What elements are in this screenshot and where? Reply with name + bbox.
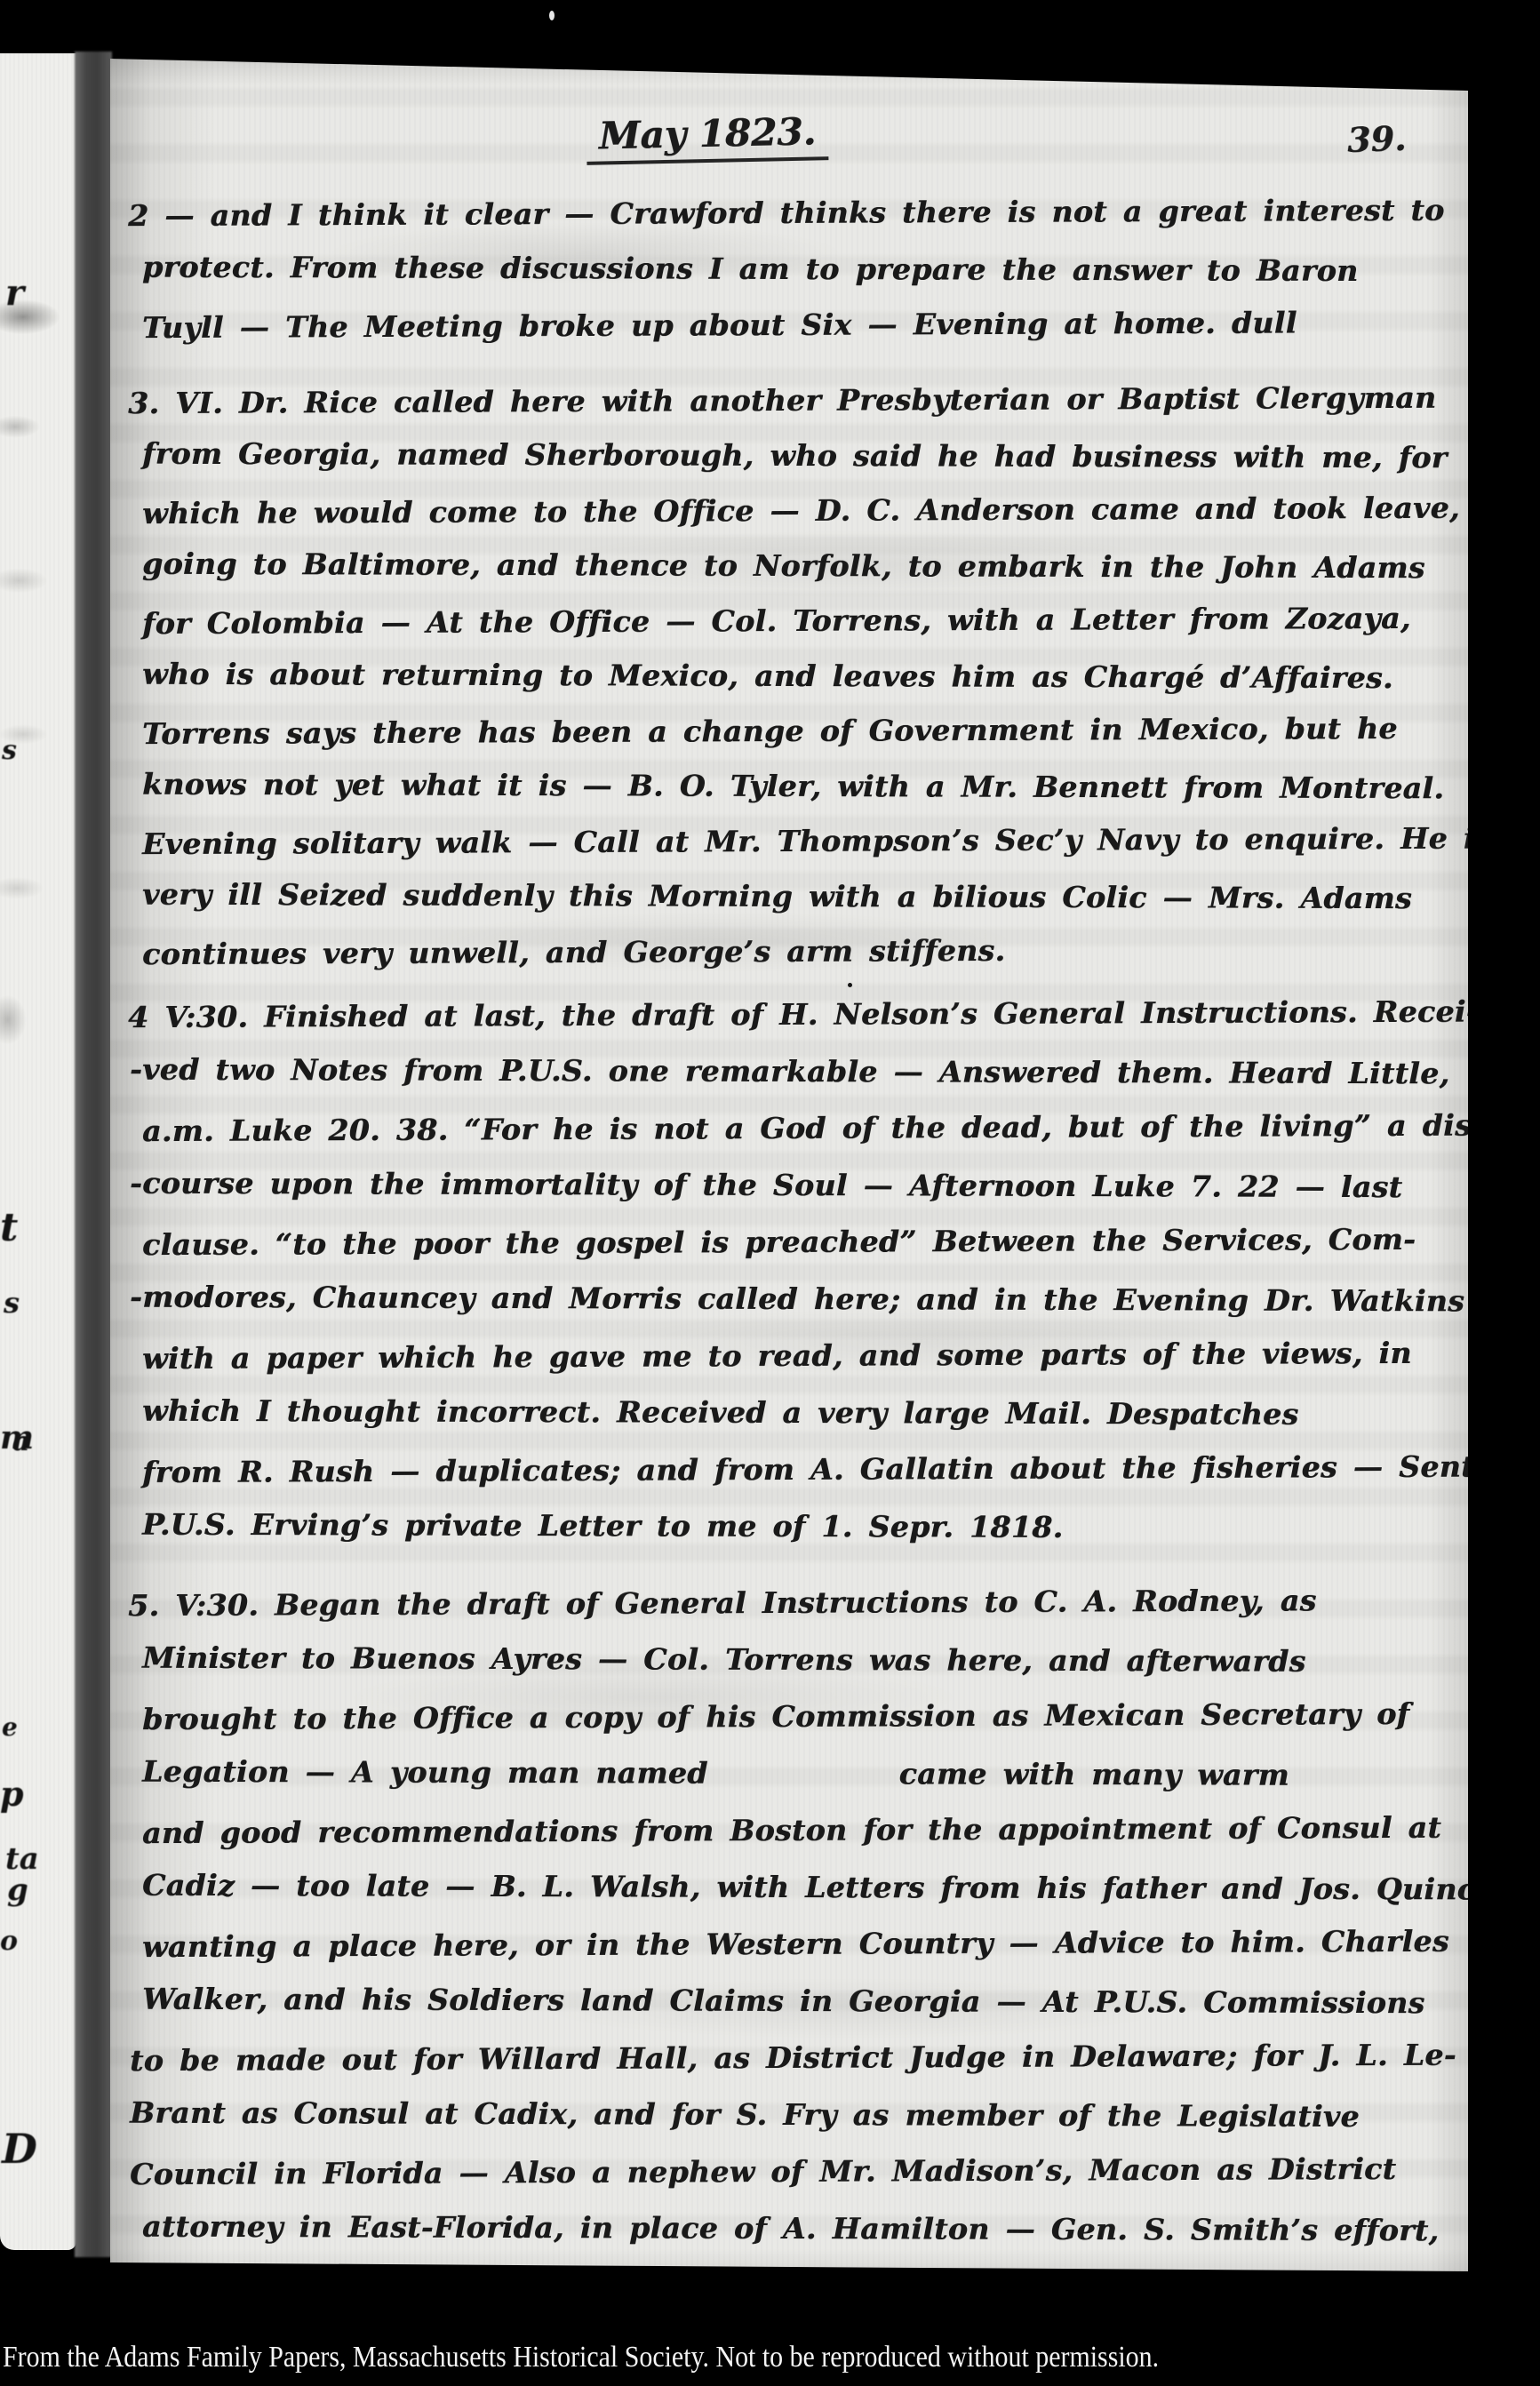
manuscript-line-with-blank: Legation — A young man namedcame with ma… xyxy=(142,1744,1432,1805)
manuscript-line: a.m. Luke 20. 38. “For he is not a God o… xyxy=(142,1097,1432,1160)
manuscript-line: very ill Seized suddenly this Morning wi… xyxy=(142,867,1432,927)
manuscript-line: Evening solitary walk — Call at Mr. Thom… xyxy=(142,811,1432,872)
ink-fragment: ta xyxy=(5,1844,39,1874)
manuscript-line: -modores, Chauncey and Morris called her… xyxy=(130,1269,1432,1330)
manuscript-line: wanting a place here, or in the Western … xyxy=(142,1913,1432,1975)
ink-speck xyxy=(848,983,852,987)
manuscript-line: continues very unwell, and George’s arm … xyxy=(142,922,1432,982)
ink-fragment: g xyxy=(7,1875,28,1905)
diary-entry-may-3: 3. VI. Dr. Rice called here with another… xyxy=(142,373,1432,979)
binding-gutter xyxy=(75,52,112,2257)
ink-fragment: p xyxy=(0,1777,24,1811)
ink-speck xyxy=(743,322,748,327)
diary-entry-may-5: 5. V:30. Began the draft of General Inst… xyxy=(142,1575,1432,2257)
manuscript-line: -course upon the immortality of the Soul… xyxy=(130,1155,1432,1217)
manuscript-line: attorney in East-Florida, in place of A.… xyxy=(142,2198,1432,2260)
manuscript-line: P.U.S. Erving’s private Letter to me of … xyxy=(142,1496,1432,1558)
manuscript-line: and good recommendations from Boston for… xyxy=(142,1799,1432,1862)
copyright-caption: From the Adams Family Papers, Massachuse… xyxy=(3,2341,1159,2374)
entry-date: May 1823. xyxy=(586,109,829,165)
manuscript-line: Walker, and his Soldiers land Claims in … xyxy=(142,1971,1432,2032)
manuscript-line: -ved two Notes from P.U.S. one remarkabl… xyxy=(130,1041,1432,1103)
manuscript-line: Brant as Consul at Cadix, and for S. Fry… xyxy=(130,2085,1432,2146)
manuscript-line: 3. VI. Dr. Rice called here with another… xyxy=(128,371,1432,431)
line-text-before-blank: Legation — A young man named xyxy=(142,1754,708,1791)
manuscript-line: brought to the Office a copy of his Comm… xyxy=(142,1686,1432,1748)
manuscript-line: Council in Florida — Also a nephew of Mr… xyxy=(130,2141,1432,2203)
diary-entry-may-2: 2 — and I think it clear — Crawford thin… xyxy=(142,185,1432,353)
ink-fragment: s xyxy=(2,738,17,764)
blank-space xyxy=(708,1784,899,1784)
line-text-after-blank: came with many warm xyxy=(899,1756,1289,1791)
ink-fragment: t xyxy=(0,1209,18,1248)
ink-fragment: D xyxy=(2,2128,37,2169)
dust-speck xyxy=(549,11,555,20)
page-number: 39. xyxy=(1346,118,1407,160)
manuscript-line: Minister to Buenos Ayres — Col. Torrens … xyxy=(142,1630,1432,1691)
manuscript-line: from Georgia, named Sherborough, who sai… xyxy=(142,427,1432,486)
manuscript-line: which he would come to the Office — D. C… xyxy=(142,481,1432,541)
manuscript-line: Tuyll — The Meeting broke up about Six —… xyxy=(142,294,1432,355)
manuscript-line: who is about returning to Mexico, and le… xyxy=(142,647,1432,706)
manuscript-line: 4 V:30. Finished at last, the draft of H… xyxy=(128,984,1432,1046)
manuscript-line: going to Baltimore, and thence to Norfol… xyxy=(142,537,1432,596)
diary-entry-may-4: 4 V:30. Finished at last, the draft of H… xyxy=(142,986,1432,1555)
manuscript-line: which I thought incorrect. Received a ve… xyxy=(142,1383,1432,1444)
manuscript-line: 5. V:30. Began the draft of General Inst… xyxy=(128,1572,1432,1634)
manuscript-line: protect. From these discussions I am to … xyxy=(142,239,1432,299)
manuscript-line: clause. “to the poor the gospel is preac… xyxy=(142,1211,1432,1273)
manuscript-page: May 1823. 39. 2 — and I think it clear —… xyxy=(110,53,1468,2275)
scan-viewer: { "page": { "header": { "date": "May 182… xyxy=(0,0,1540,2386)
manuscript-line: Cadiz — too late — B. L. Walsh, with Let… xyxy=(142,1857,1432,1919)
manuscript-line: 2 — and I think it clear — Crawford thin… xyxy=(128,182,1432,243)
ink-fragment: s xyxy=(4,1289,20,1317)
manuscript-line: from R. Rush — duplicates; and from A. G… xyxy=(142,1439,1432,1501)
ink-fragment: a xyxy=(12,1429,29,1456)
manuscript-line: to be made out for Willard Hall, as Dist… xyxy=(130,2027,1432,2089)
ink-fragment: o xyxy=(0,1928,18,1955)
manuscript-line: knows not yet what it is — B. O. Tyler, … xyxy=(142,757,1432,817)
ink-fragment: r xyxy=(5,275,24,311)
manuscript-line: for Colombia — At the Office — Col. Torr… xyxy=(142,591,1432,651)
manuscript-line: Torrens says there has been a change of … xyxy=(142,701,1432,762)
manuscript-line: with a paper which he gave me to read, a… xyxy=(142,1325,1432,1387)
facing-page-edge: r s t s m a e p ta g o D xyxy=(0,53,76,2250)
ink-fragment: e xyxy=(2,1715,18,1740)
